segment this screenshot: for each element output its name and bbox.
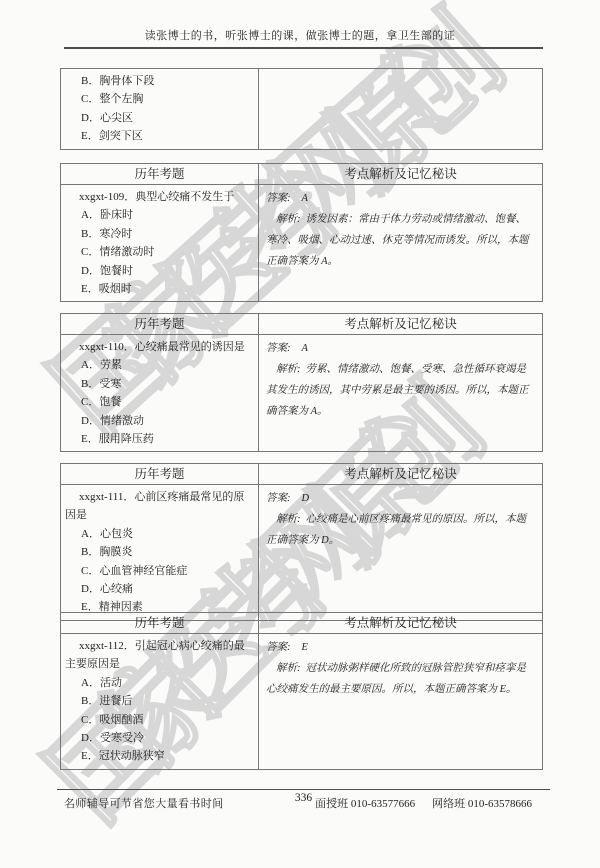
analysis-paragraph: 解析:冠状动脉粥样硬化所致的冠脉管腔狭窄和痉挛是心绞痛发生的最主要原因。所以，本… bbox=[266, 658, 535, 700]
option-item: C．情绪激动时 bbox=[81, 243, 254, 261]
option-item: A．活动 bbox=[81, 674, 254, 692]
option-item: B．胸膜炎 bbox=[81, 543, 254, 561]
column-header-past-questions: 历年考题 bbox=[61, 464, 259, 484]
option-item: C．饱餐 bbox=[81, 393, 254, 411]
table-header-row: 历年考题 考点解析及记忆秘诀 bbox=[61, 613, 542, 634]
option-item: B．进餐后 bbox=[81, 692, 254, 710]
option-item: B．受寒 bbox=[81, 375, 254, 393]
option-item: D．受寒受冷 bbox=[81, 729, 254, 747]
answer-label: 答案: bbox=[266, 343, 291, 354]
document-page: 国家医考网原创 国家医考网原创 读张博士的书，听张博士的课，做张博士的题，拿卫生… bbox=[0, 0, 600, 868]
option-item: A．劳累 bbox=[81, 356, 254, 374]
header-rule bbox=[64, 47, 543, 49]
option-item: A．卧床时 bbox=[81, 206, 254, 224]
analysis-label: 解析: bbox=[276, 514, 301, 525]
table-body: xxgxt-110．心绞痛最常见的诱因是 A．劳累 B．受寒 C．饱餐 D．情绪… bbox=[61, 335, 542, 451]
column-header-analysis: 考点解析及记忆秘诀 bbox=[259, 164, 542, 184]
option-item: E．剑突下区 bbox=[81, 127, 254, 145]
question-text: xxgxt-111．心前区疼痛最常见的原因是 bbox=[65, 488, 254, 525]
footer-contacts: 面授班 010-63577666 网络班 010-63578666 bbox=[315, 795, 532, 811]
footer-rule bbox=[57, 789, 550, 790]
analysis-label: 解析: bbox=[276, 364, 301, 375]
exam-table-partial: B．胸骨体下段 C．整个左胸 D．心尖区 E．剑突下区 bbox=[60, 68, 543, 150]
option-item: C．整个左胸 bbox=[81, 90, 254, 108]
analysis-text: 劳累、情绪激动、饱餐、受寒、急性循环衰竭是其发生的诱因，其中劳累是最主要的诱因。… bbox=[266, 364, 529, 417]
question-cell: B．胸骨体下段 C．整个左胸 D．心尖区 E．剑突下区 bbox=[61, 69, 259, 149]
question-cell: xxgxt-109．典型心绞痛不发生于 A．卧床时 B．寒冷时 C．情绪激动时 … bbox=[61, 185, 259, 301]
analysis-cell-empty bbox=[259, 69, 542, 149]
analysis-cell: 答案:D 解析:心绞痛是心前区疼痛最常见的原因。所以，本题正确答案为 D。 bbox=[259, 485, 542, 620]
question-text: xxgxt-109．典型心绞痛不发生于 bbox=[65, 188, 254, 206]
analysis-text: 冠状动脉粥样硬化所致的冠脉管腔狭窄和痉挛是心绞痛发生的最主要原因。所以，本题正确… bbox=[266, 663, 526, 695]
onsite-class-phone: 面授班 010-63577666 bbox=[315, 795, 415, 811]
question-cell: xxgxt-111．心前区疼痛最常见的原因是 A．心包炎 B．胸膜炎 C．心血管… bbox=[61, 485, 259, 620]
analysis-cell: 答案:A 解析:诱发因素：常由于体力劳动或情绪激动、饱餐、寒冷、吸烟、心动过速、… bbox=[259, 185, 542, 301]
answer-line: 答案:D bbox=[266, 488, 535, 509]
option-item: C．吸烟酗酒 bbox=[81, 711, 254, 729]
answer-line: 答案:A bbox=[266, 188, 535, 209]
column-header-analysis: 考点解析及记忆秘诀 bbox=[259, 314, 542, 334]
analysis-text: 心绞痛是心前区疼痛最常见的原因。所以，本题正确答案为 D。 bbox=[266, 514, 526, 546]
table-body: xxgxt-112．引起冠心病心绞痛的最主要原因是 A．活动 B．进餐后 C．吸… bbox=[61, 634, 542, 769]
page-number: 336 bbox=[295, 792, 312, 804]
option-item: D．饱餐时 bbox=[81, 262, 254, 280]
question-cell: xxgxt-112．引起冠心病心绞痛的最主要原因是 A．活动 B．进餐后 C．吸… bbox=[61, 634, 259, 769]
table-body: xxgxt-109．典型心绞痛不发生于 A．卧床时 B．寒冷时 C．情绪激动时 … bbox=[61, 185, 542, 301]
option-item: A．心包炎 bbox=[81, 525, 254, 543]
option-item: B．寒冷时 bbox=[81, 225, 254, 243]
exam-table: 历年考题 考点解析及记忆秘诀 xxgxt-112．引起冠心病心绞痛的最主要原因是… bbox=[60, 612, 543, 770]
exam-table: 历年考题 考点解析及记忆秘诀 xxgxt-111．心前区疼痛最常见的原因是 A．… bbox=[60, 463, 543, 621]
column-header-past-questions: 历年考题 bbox=[61, 164, 259, 184]
question-text: xxgxt-112．引起冠心病心绞痛的最主要原因是 bbox=[65, 637, 254, 674]
analysis-label: 解析: bbox=[276, 663, 301, 674]
answer-label: 答案: bbox=[266, 642, 291, 653]
answer-value: A bbox=[302, 193, 308, 204]
footer: 名师辅导可节省您大量看书时间 336 面授班 010-63577666 网络班 … bbox=[57, 792, 550, 812]
analysis-cell: 答案:E 解析:冠状动脉粥样硬化所致的冠脉管腔狭窄和痉挛是心绞痛发生的最主要原因… bbox=[259, 634, 542, 769]
analysis-paragraph: 解析:心绞痛是心前区疼痛最常见的原因。所以，本题正确答案为 D。 bbox=[266, 509, 535, 551]
column-header-analysis: 考点解析及记忆秘诀 bbox=[259, 464, 542, 484]
option-item: E．吸烟时 bbox=[81, 280, 254, 298]
answer-label: 答案: bbox=[266, 493, 291, 504]
table-body: xxgxt-111．心前区疼痛最常见的原因是 A．心包炎 B．胸膜炎 C．心血管… bbox=[61, 485, 542, 620]
option-item: D．情绪激动 bbox=[81, 412, 254, 430]
column-header-analysis: 考点解析及记忆秘诀 bbox=[259, 613, 542, 633]
online-class-phone: 网络班 010-63578666 bbox=[432, 795, 532, 811]
table-header-row: 历年考题 考点解析及记忆秘诀 bbox=[61, 164, 542, 185]
answer-value: D bbox=[302, 493, 310, 504]
question-text: xxgxt-110．心绞痛最常见的诱因是 bbox=[65, 338, 254, 356]
table-body: B．胸骨体下段 C．整个左胸 D．心尖区 E．剑突下区 bbox=[61, 69, 542, 149]
option-item: D．心尖区 bbox=[81, 109, 254, 127]
answer-value: A bbox=[302, 343, 308, 354]
table-header-row: 历年考题 考点解析及记忆秘诀 bbox=[61, 464, 542, 485]
question-cell: xxgxt-110．心绞痛最常见的诱因是 A．劳累 B．受寒 C．饱餐 D．情绪… bbox=[61, 335, 259, 451]
answer-label: 答案: bbox=[266, 193, 291, 204]
analysis-paragraph: 解析:劳累、情绪激动、饱餐、受寒、急性循环衰竭是其发生的诱因，其中劳累是最主要的… bbox=[266, 359, 535, 422]
table-header-row: 历年考题 考点解析及记忆秘诀 bbox=[61, 314, 542, 335]
analysis-text: 诱发因素：常由于体力劳动或情绪激动、饱餐、寒冷、吸烟、心动过速、休克等情况而诱发… bbox=[266, 214, 529, 267]
option-item: E．冠状动脉狭窄 bbox=[81, 747, 254, 765]
analysis-label: 解析: bbox=[276, 214, 301, 225]
option-item: E．服用降压药 bbox=[81, 430, 254, 448]
column-header-past-questions: 历年考题 bbox=[61, 314, 259, 334]
option-item: B．胸骨体下段 bbox=[81, 72, 254, 90]
option-item: D．心绞痛 bbox=[81, 580, 254, 598]
answer-line: 答案:E bbox=[266, 637, 535, 658]
answer-line: 答案:A bbox=[266, 338, 535, 359]
header-slogan: 读张博士的书，听张博士的课，做张博士的题，拿卫生部的证 bbox=[0, 27, 600, 43]
column-header-past-questions: 历年考题 bbox=[61, 613, 259, 633]
exam-table: 历年考题 考点解析及记忆秘诀 xxgxt-110．心绞痛最常见的诱因是 A．劳累… bbox=[60, 313, 543, 452]
answer-value: E bbox=[302, 642, 308, 653]
analysis-paragraph: 解析:诱发因素：常由于体力劳动或情绪激动、饱餐、寒冷、吸烟、心动过速、休克等情况… bbox=[266, 209, 535, 272]
exam-table: 历年考题 考点解析及记忆秘诀 xxgxt-109．典型心绞痛不发生于 A．卧床时… bbox=[60, 163, 543, 302]
option-item: C．心血管神经官能症 bbox=[81, 562, 254, 580]
analysis-cell: 答案:A 解析:劳累、情绪激动、饱餐、受寒、急性循环衰竭是其发生的诱因，其中劳累… bbox=[259, 335, 542, 451]
footer-tip: 名师辅导可节省您大量看书时间 bbox=[64, 795, 224, 811]
